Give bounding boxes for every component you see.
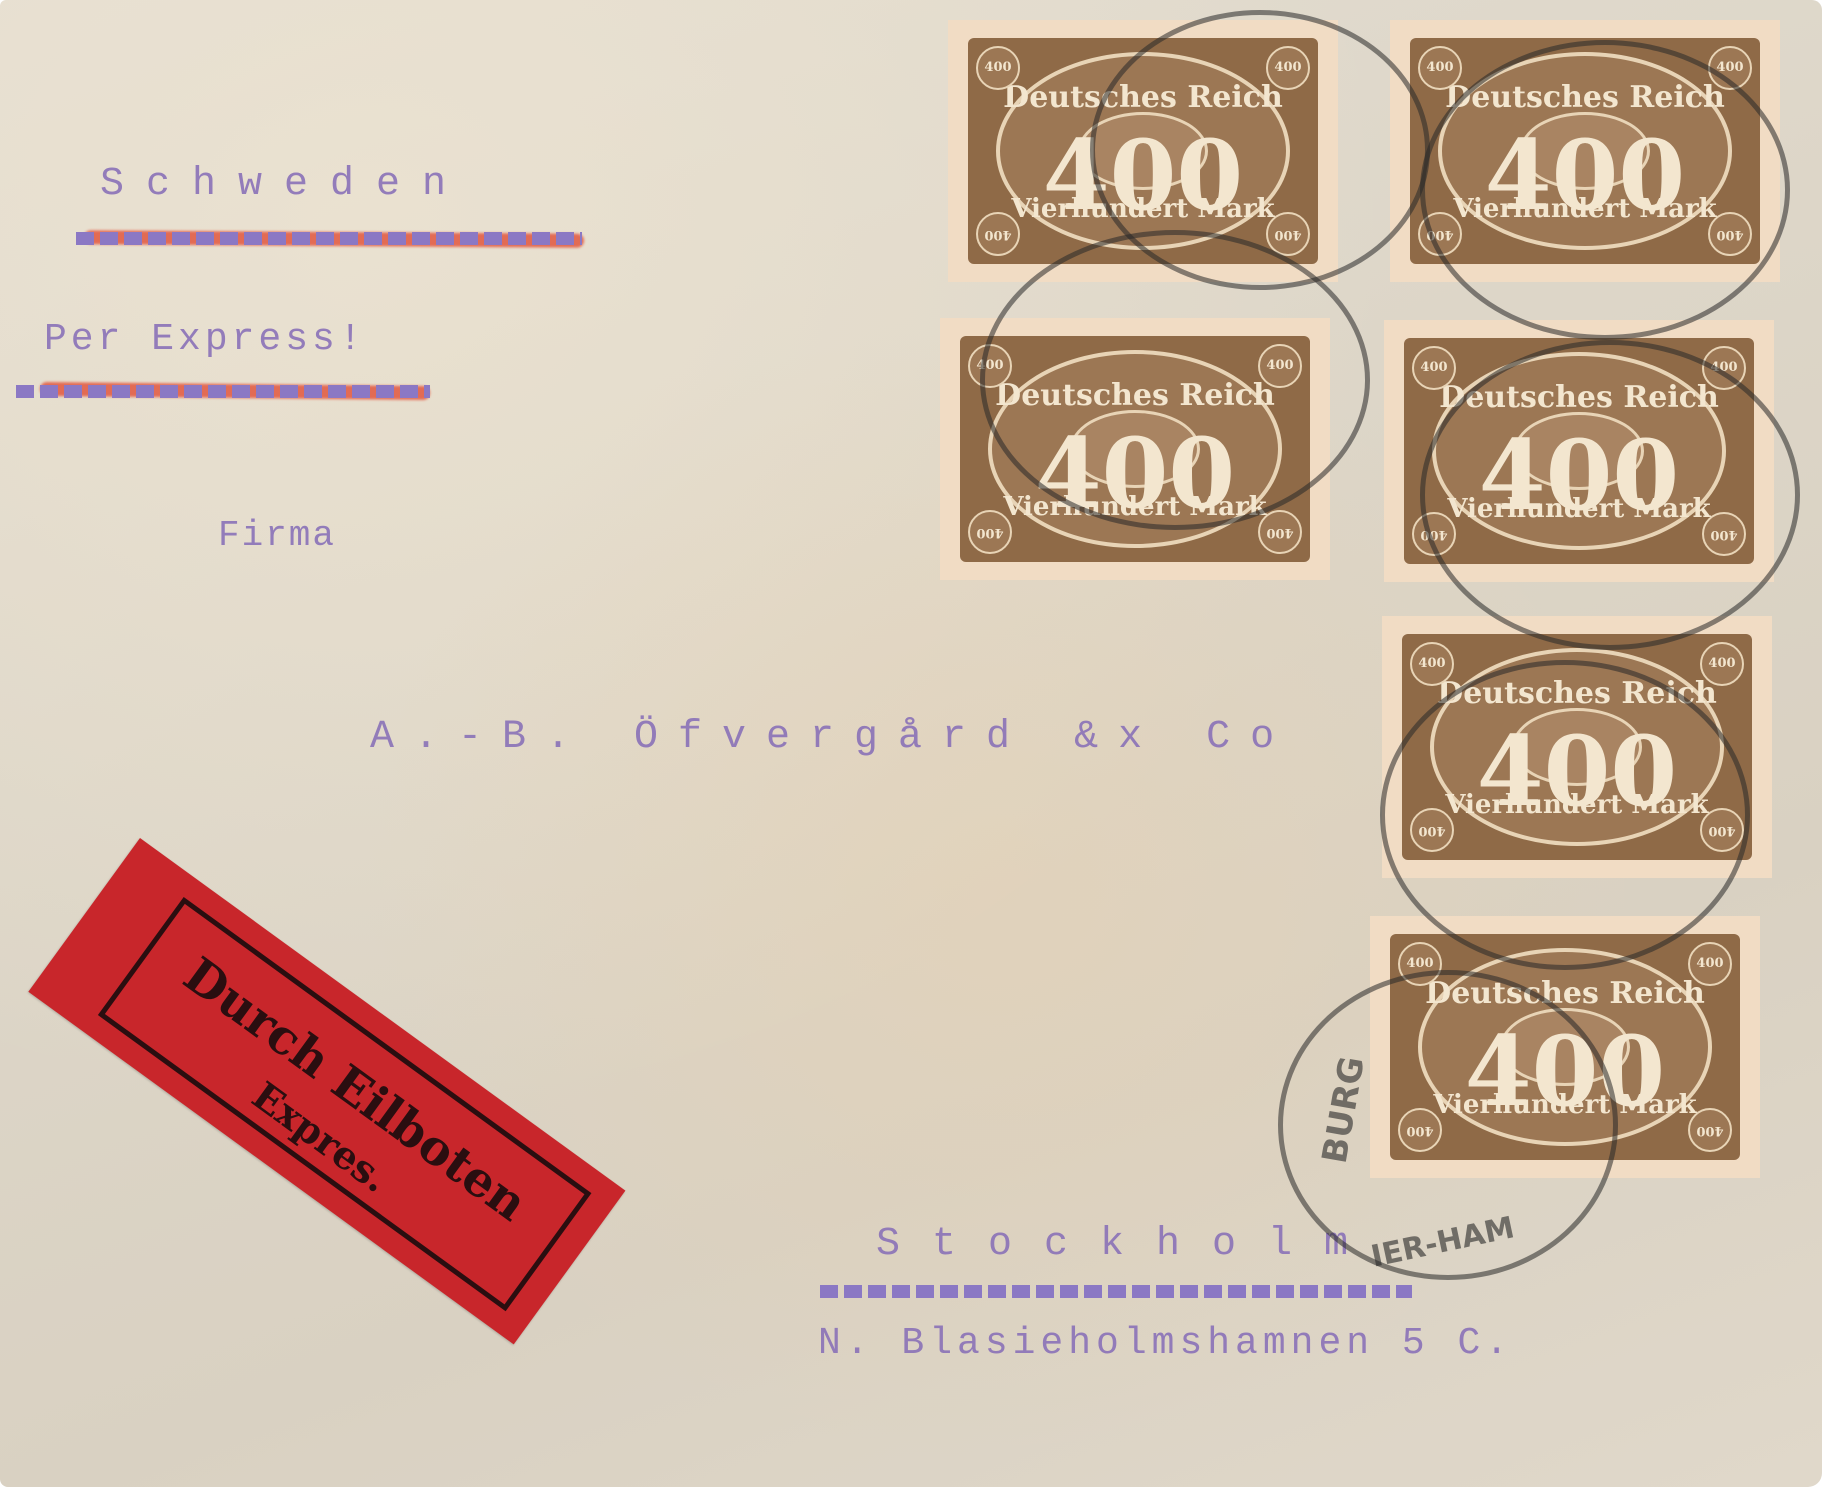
stamp-corner: 400 bbox=[1412, 346, 1456, 390]
stamp-corner: 400 bbox=[1418, 46, 1462, 90]
express-label-line2: Expres. bbox=[108, 974, 534, 1301]
typed-double-underline bbox=[16, 385, 430, 398]
stamp-corner: 400 bbox=[976, 46, 1020, 90]
stamp-corner: 400 bbox=[1258, 510, 1302, 554]
postmark bbox=[1420, 340, 1800, 650]
postmark bbox=[980, 230, 1370, 530]
typed-double-underline bbox=[820, 1285, 1412, 1298]
recipient-company: A.-B. Öfvergård &x Co bbox=[370, 715, 1294, 760]
stamp-corner: 400 bbox=[1700, 642, 1744, 686]
express-label-line1: Durch Eilboten bbox=[139, 922, 572, 1258]
stamp-corner: 400 bbox=[1688, 1108, 1732, 1152]
envelope: Schweden Per Express! Firma A.-B. Öfverg… bbox=[0, 0, 1822, 1487]
stamp-corner: 400 bbox=[1688, 942, 1732, 986]
typed-double-underline bbox=[76, 232, 582, 245]
stamp-corner: 400 bbox=[976, 212, 1020, 256]
stamp-corner: 400 bbox=[968, 510, 1012, 554]
recipient-street: N. Blasieholmshamnen 5 C. bbox=[818, 1322, 1513, 1365]
postmark bbox=[1380, 660, 1750, 970]
recipient-prefix: Firma bbox=[218, 515, 336, 556]
destination-country: Schweden bbox=[100, 162, 468, 207]
postmark bbox=[1420, 40, 1790, 340]
express-label-frame: Durch Eilboten Expres. bbox=[98, 897, 592, 1311]
stamp-corner: 400 bbox=[1410, 642, 1454, 686]
service-note: Per Express! bbox=[44, 318, 366, 361]
recipient-city: Stockholm bbox=[876, 1222, 1380, 1267]
express-label: Durch Eilboten Expres. bbox=[28, 838, 625, 1344]
